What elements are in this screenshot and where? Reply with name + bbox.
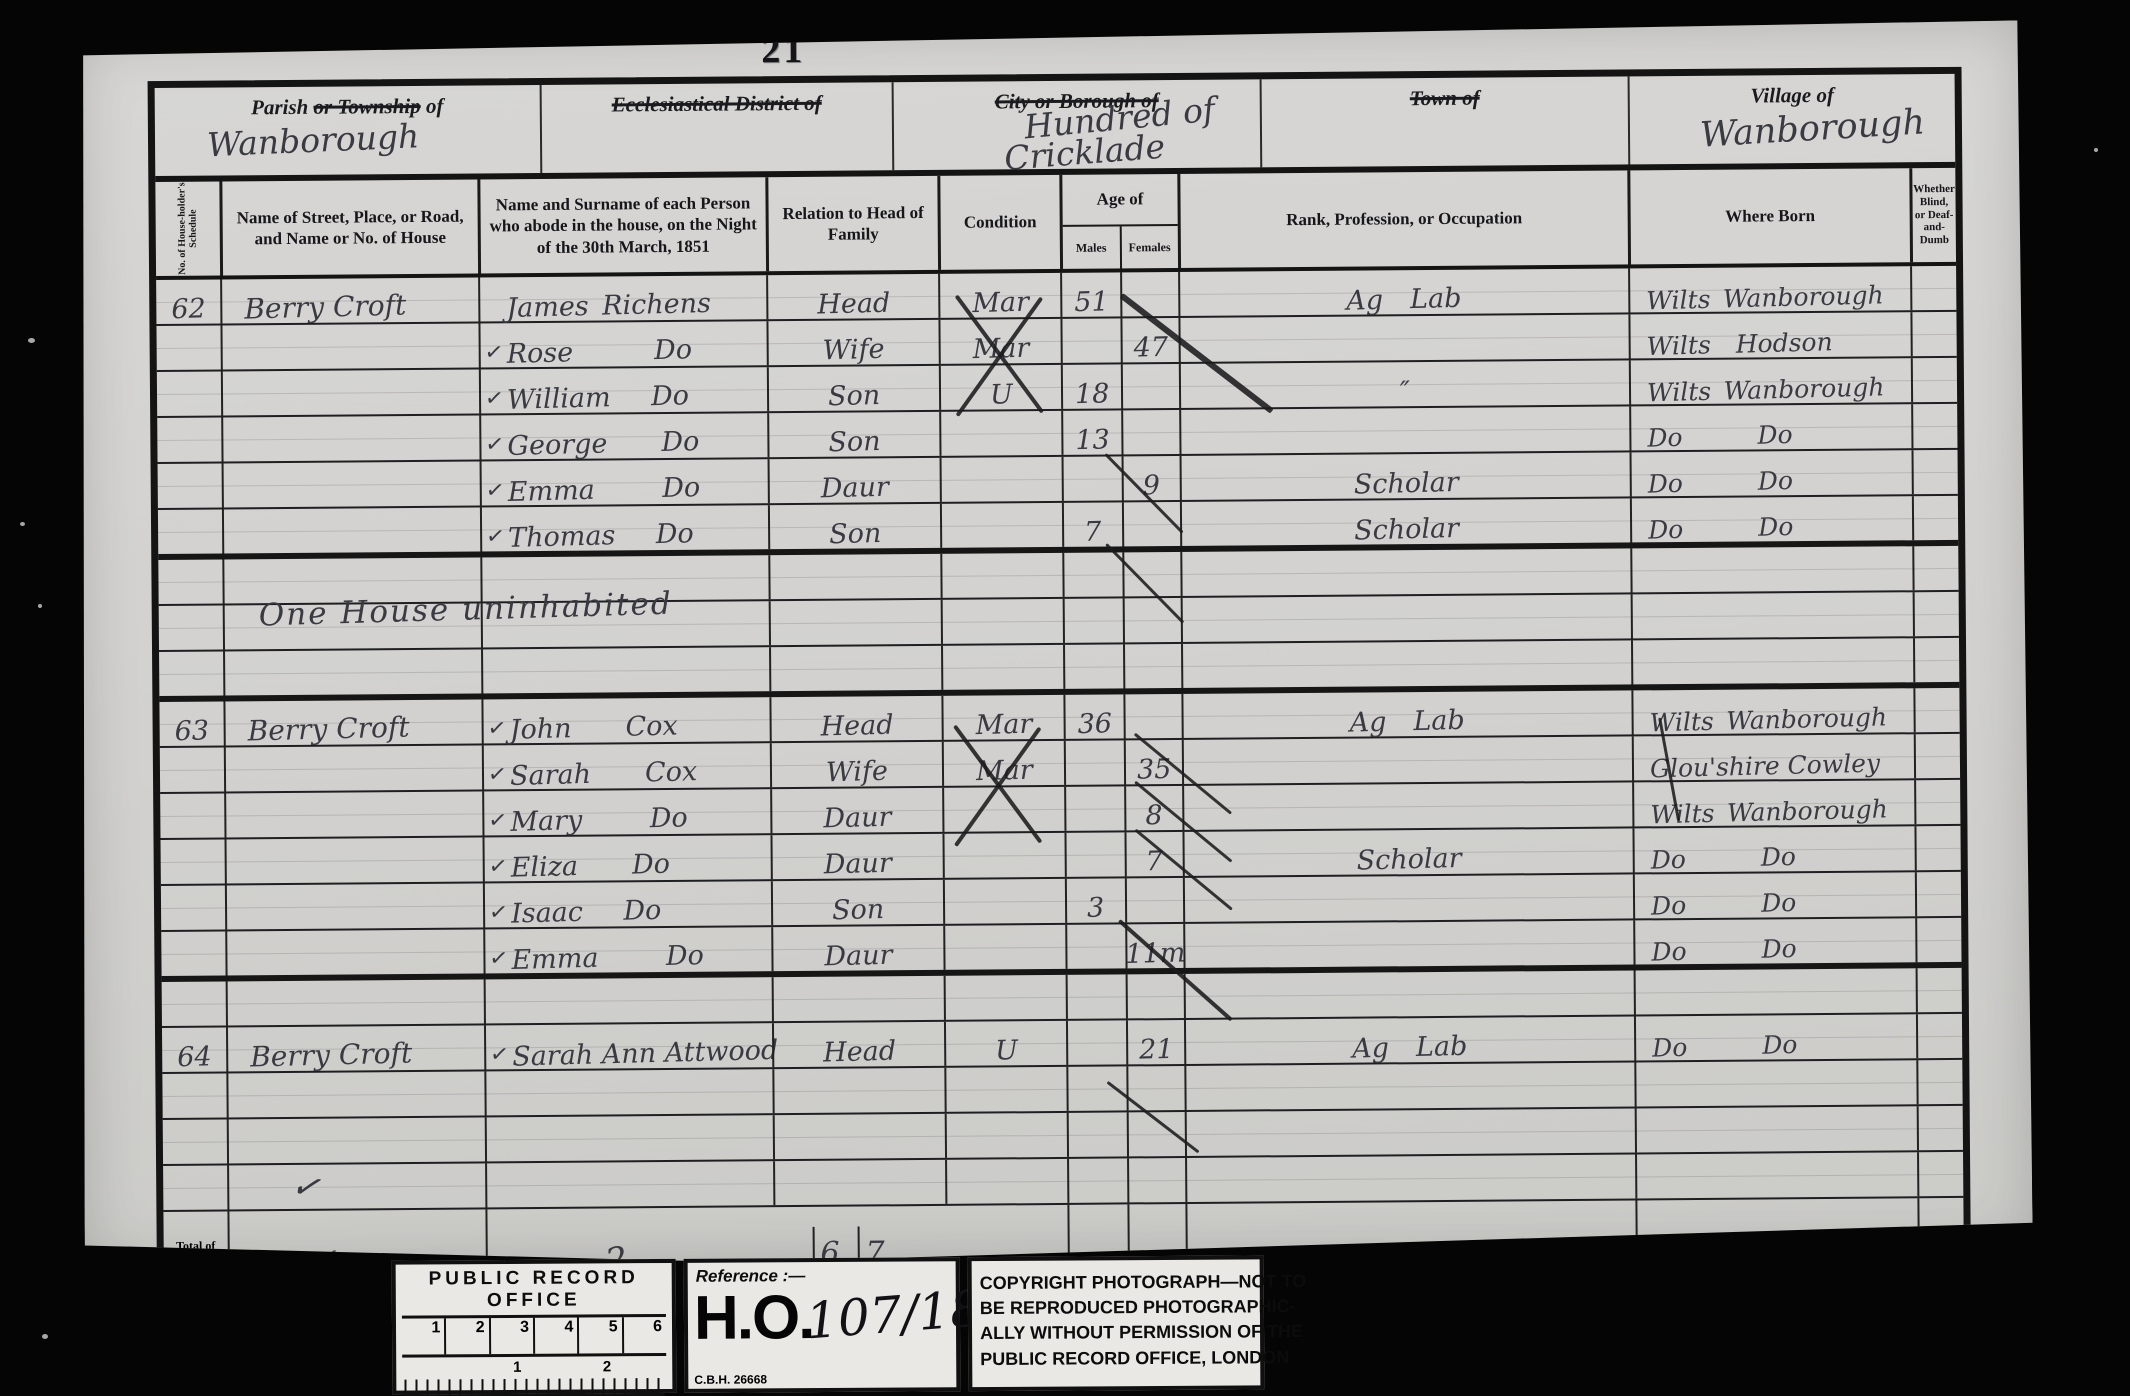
cell-where-born xyxy=(1635,1106,1917,1152)
cell-age-males xyxy=(1063,598,1123,642)
tick-mark: ✓ xyxy=(483,385,505,412)
cell-occupation xyxy=(1183,874,1633,922)
cell-occupation: Ag Lab xyxy=(1181,690,1631,738)
cell-age-females xyxy=(1123,694,1181,738)
cell-age-males xyxy=(1067,1112,1127,1156)
cell-relation: Daur xyxy=(770,834,942,879)
cell-where-born xyxy=(1631,638,1913,684)
cell-age-males xyxy=(1064,832,1124,876)
tick-mark: ✓ xyxy=(484,477,506,504)
cell-age-males: 3 xyxy=(1065,878,1125,922)
cell-street: Berry Croft xyxy=(220,278,478,324)
cell-infirmity xyxy=(1914,734,1960,778)
copyright-line: COPYRIGHT PHOTOGRAPH—NOT TO xyxy=(980,1269,1252,1296)
cell-age-males xyxy=(1064,786,1124,830)
cell-age-males: 51 xyxy=(1060,272,1120,316)
cell-street xyxy=(227,1117,485,1163)
ruler-inch-scale: 1 2 3 4 5 6 xyxy=(402,1314,666,1358)
cell-condition: U xyxy=(939,365,1061,410)
col-header-schedule: No. of House-holder's Schedule xyxy=(155,182,220,276)
cell-age-females xyxy=(1125,878,1183,922)
cell-relation: Daur xyxy=(771,926,943,971)
cell-name xyxy=(484,1069,772,1115)
col-header-street: Name of Street, Place, or Road, and Name… xyxy=(219,180,478,276)
cell-age-females: 7 xyxy=(1124,832,1182,876)
cell-infirmity xyxy=(1914,780,1960,824)
cell-schedule xyxy=(158,510,222,555)
film-speck xyxy=(20,522,25,526)
census-page-scan: 21 Parish or Township of Wanborough Eccl… xyxy=(75,20,2033,1267)
cell-age-males xyxy=(1060,318,1120,362)
cell-street: Berry Croft xyxy=(226,1025,484,1071)
cell-age-males xyxy=(1062,552,1122,596)
cell-schedule xyxy=(162,1074,226,1119)
cell-condition: U xyxy=(944,1021,1066,1066)
cell-where-born: Wilts Wanborough xyxy=(1629,358,1911,404)
col-header-where-born: Where Born xyxy=(1627,168,1910,264)
cell-infirmity xyxy=(1910,266,1956,310)
cell-occupation: Ag Lab xyxy=(1178,268,1628,316)
film-speck xyxy=(38,604,42,608)
tick-mark: ✓ xyxy=(484,431,506,458)
cell-street: Berry Croft xyxy=(223,699,481,745)
total-of-houses-label: Total of Houses xyxy=(163,1212,228,1295)
copyright-notice: COPYRIGHT PHOTOGRAPH—NOT TO BE REPRODUCE… xyxy=(968,1255,1265,1391)
field-town: Town of xyxy=(1260,76,1629,167)
cell-occupation: Ag Lab xyxy=(1184,1016,1634,1064)
cell-where-born xyxy=(1635,1152,1917,1198)
cell-relation: Wife xyxy=(770,742,942,787)
cell-age-females xyxy=(1120,272,1178,316)
locality-header-row: Parish or Township of Wanborough Ecclesi… xyxy=(155,74,1956,182)
col-header-males: Males xyxy=(1063,226,1120,268)
cell-occupation xyxy=(1181,640,1631,688)
cell-age-males xyxy=(1064,740,1124,784)
cell-schedule xyxy=(160,794,224,839)
cell-name: Emma Do✓ xyxy=(483,927,771,973)
cell-occupation xyxy=(1179,406,1629,454)
cell-infirmity xyxy=(1917,1152,1963,1196)
cell-name xyxy=(484,977,772,1023)
cell-schedule xyxy=(159,606,223,651)
cell-name: Sarah Cox✓ xyxy=(482,743,770,789)
cell-relation xyxy=(773,1160,945,1205)
cell-age-females: 8 xyxy=(1124,786,1182,830)
cell-relation xyxy=(772,1068,944,1113)
cell-schedule xyxy=(161,886,225,931)
cell-occupation: Scholar xyxy=(1182,828,1632,876)
totals-born-cell xyxy=(1635,1198,1918,1282)
cell-where-born: Wilts Wanborough xyxy=(1628,266,1910,312)
cell-relation: Son xyxy=(771,880,943,925)
tick-mark: ✓ xyxy=(486,715,508,742)
cell-occupation xyxy=(1183,920,1633,968)
cell-condition xyxy=(945,1159,1067,1204)
cell-infirmity xyxy=(1915,872,1961,916)
cell-name: James Richens xyxy=(478,275,766,321)
cell-schedule xyxy=(158,560,222,605)
cell-street xyxy=(227,1163,485,1209)
cell-age-males: 13 xyxy=(1061,410,1121,454)
cell-infirmity xyxy=(1910,312,1956,356)
field-village: Village of Wanborough xyxy=(1628,74,1956,165)
cell-age-males: 36 xyxy=(1063,694,1123,738)
cell-relation: Daur xyxy=(770,788,942,833)
cell-street xyxy=(220,324,478,370)
reference-department: H.O. xyxy=(694,1290,814,1347)
cell-relation xyxy=(769,646,941,691)
cell-schedule xyxy=(162,982,226,1027)
cell-street xyxy=(224,791,482,837)
pro-title: PUBLIC RECORD OFFICE xyxy=(402,1267,666,1313)
cell-infirmity xyxy=(1912,496,1958,540)
cell-schedule xyxy=(158,464,222,509)
cell-relation: Son xyxy=(767,412,939,457)
cell-schedule xyxy=(157,418,221,463)
field-parish: Parish or Township of Wanborough xyxy=(155,85,541,176)
cell-street xyxy=(224,745,482,791)
cell-occupation xyxy=(1185,1154,1635,1202)
cell-relation: Daur xyxy=(768,458,940,503)
cell-where-born: Do Do xyxy=(1630,450,1912,496)
cell-street xyxy=(221,416,479,462)
cell-age-males xyxy=(1065,924,1125,968)
cell-schedule xyxy=(161,932,225,977)
cell-occupation xyxy=(1182,736,1632,784)
cell-relation xyxy=(769,600,941,645)
film-speck xyxy=(42,1334,48,1339)
cell-infirmity xyxy=(1913,688,1959,732)
col-header-females: Females xyxy=(1119,226,1178,268)
tick-mark: ✓ xyxy=(483,339,505,366)
cell-name: Rose Do✓ xyxy=(478,321,766,367)
cell-age-females: 21 xyxy=(1126,1020,1184,1064)
cell-infirmity xyxy=(1915,918,1961,962)
cell-age-females xyxy=(1121,410,1179,454)
houses-inhabited-value: 3 xyxy=(252,1246,286,1283)
cell-age-males: 18 xyxy=(1061,364,1121,408)
cell-age-females xyxy=(1123,598,1181,642)
page-number: 21 xyxy=(761,28,805,72)
cell-relation xyxy=(772,976,944,1021)
cell-name: Eliza Do✓ xyxy=(483,835,771,881)
cell-age-males xyxy=(1066,974,1126,1018)
field-ecclesiastical-district: Ecclesiastical District of xyxy=(540,82,893,173)
cell-occupation: Scholar xyxy=(1180,498,1630,546)
cell-occupation: ″ xyxy=(1179,360,1629,408)
cell-occupation xyxy=(1178,314,1628,362)
cell-street xyxy=(225,883,483,929)
tick-mark: ✓ xyxy=(489,1041,511,1068)
cell-name xyxy=(485,1161,773,1207)
census-rows: 62Berry CroftJames RichensHeadMar51Ag La… xyxy=(156,266,1963,1212)
cell-street xyxy=(222,508,480,554)
cell-infirmity xyxy=(1912,450,1958,494)
totals-infirmity-cell xyxy=(1917,1198,1964,1280)
cell-infirmity xyxy=(1913,638,1959,682)
cell-schedule: 63 xyxy=(159,702,223,747)
cell-schedule xyxy=(160,748,224,793)
cell-infirmity xyxy=(1916,1014,1962,1058)
tick-mark: ✓ xyxy=(487,807,509,834)
cell-where-born xyxy=(1630,546,1912,592)
cell-condition xyxy=(940,553,1062,598)
houses-uninhabited-value: 1 xyxy=(315,1246,349,1283)
cell-where-born: Do Do xyxy=(1632,826,1914,872)
cell-condition xyxy=(944,975,1066,1020)
cell-schedule xyxy=(159,652,223,697)
cell-relation xyxy=(768,554,940,599)
col-header-name: Name and Surname of each Person who abod… xyxy=(477,177,766,273)
cell-name: Sarah Ann Attwood✓ xyxy=(484,1023,772,1069)
cell-relation: Wife xyxy=(766,320,938,365)
cell-occupation xyxy=(1184,970,1634,1018)
cell-relation xyxy=(773,1114,945,1159)
cell-condition xyxy=(943,879,1065,924)
cell-relation: Son xyxy=(768,504,940,549)
cell-condition xyxy=(940,503,1062,548)
cell-street xyxy=(226,1071,484,1117)
cell-schedule xyxy=(163,1166,227,1211)
ruler-ticks xyxy=(404,1378,664,1396)
cell-name: William Do✓ xyxy=(479,367,767,413)
cell-condition xyxy=(939,411,1061,456)
cell-condition xyxy=(941,645,1063,690)
cell-infirmity xyxy=(1916,968,1962,1012)
col-header-infirmity: Whether Blind, or Deaf-and-Dumb xyxy=(1909,168,1956,262)
cell-name xyxy=(485,1115,773,1161)
cell-schedule xyxy=(156,326,220,371)
col-header-occupation: Rank, Profession, or Occupation xyxy=(1177,170,1628,268)
cell-where-born: Glou'shire Cowley xyxy=(1632,734,1914,780)
cell-street xyxy=(223,650,481,696)
cell-infirmity xyxy=(1914,826,1960,870)
public-record-office-stamp: PUBLIC RECORD OFFICE 1 2 3 4 5 6 1 2 xyxy=(392,1259,677,1395)
cell-where-born: Wilts Hodson xyxy=(1628,312,1910,358)
cell-name: Mary Do✓ xyxy=(482,789,770,835)
parish-value: Wanborough xyxy=(206,116,420,164)
village-value: Wanborough xyxy=(1699,102,1926,155)
col-header-age: Age of Males Females xyxy=(1059,174,1178,269)
cell-occupation xyxy=(1185,1108,1635,1156)
cell-condition xyxy=(941,599,1063,644)
cell-where-born: Do Do xyxy=(1634,1014,1916,1060)
cell-infirmity xyxy=(1911,404,1957,448)
cell-street xyxy=(225,929,483,975)
cell-where-born xyxy=(1631,592,1913,638)
col-header-condition: Condition xyxy=(937,175,1060,270)
cell-name: Emma Do✓ xyxy=(480,459,768,505)
cell-name: Isaac Do✓ xyxy=(483,881,771,927)
cell-schedule: 62 xyxy=(156,280,220,325)
cell-age-females xyxy=(1121,364,1179,408)
cell-street xyxy=(225,837,483,883)
reference-stamp: Reference :— H.O. 107/1833 C.B.H. 26668 xyxy=(684,1257,961,1393)
cell-infirmity xyxy=(1913,592,1959,636)
cell-condition xyxy=(944,1067,1066,1112)
tick-mark: ✓ xyxy=(485,523,507,550)
copyright-line: ALLY WITHOUT PERMISSION OF THE xyxy=(980,1320,1252,1347)
cell-relation: Son xyxy=(767,366,939,411)
cell-infirmity xyxy=(1917,1106,1963,1150)
cell-age-males xyxy=(1063,644,1123,688)
tick-mark: ✓ xyxy=(488,899,510,926)
census-form-table: Parish or Township of Wanborough Ecclesi… xyxy=(148,67,1972,1301)
cell-where-born xyxy=(1634,1060,1916,1106)
cell-schedule: 64 xyxy=(162,1028,226,1073)
cell-condition xyxy=(945,1113,1067,1158)
cell-relation: Head xyxy=(766,274,938,319)
cell-age-males xyxy=(1066,1020,1126,1064)
cell-name xyxy=(481,647,769,693)
cell-schedule xyxy=(163,1120,227,1165)
cell-age-males: 7 xyxy=(1062,502,1122,546)
cell-street xyxy=(226,979,484,1025)
cell-infirmity xyxy=(1911,358,1957,402)
film-speck xyxy=(28,338,35,343)
cell-occupation xyxy=(1180,548,1630,596)
ruler-cm-scale: 1 2 xyxy=(402,1358,666,1396)
col-header-relation: Relation to Head of Family xyxy=(765,176,938,271)
cell-age-males xyxy=(1067,1158,1127,1202)
cell-name: George Do✓ xyxy=(479,413,767,459)
reference-code: C.B.H. 26668 xyxy=(694,1372,767,1386)
tick-mark: ✓ xyxy=(486,761,508,788)
copyright-line: BE REPRODUCED PHOTOGRAPHIC- xyxy=(980,1295,1252,1322)
film-speck xyxy=(2094,148,2098,152)
cell-relation: Head xyxy=(772,1022,944,1067)
cell-occupation xyxy=(1182,782,1632,830)
cell-where-born: Do Do xyxy=(1633,872,1915,918)
cell-infirmity xyxy=(1916,1060,1962,1104)
cell-infirmity xyxy=(1912,546,1958,590)
cell-schedule xyxy=(157,372,221,417)
cell-where-born: Do Do xyxy=(1630,496,1912,542)
cell-occupation xyxy=(1181,594,1631,642)
cell-age-females xyxy=(1126,974,1184,1018)
cell-where-born: Do Do xyxy=(1633,918,1915,964)
field-city-or-borough: City or Borough of Hundred of Cricklade xyxy=(892,79,1261,170)
tick-mark: ✓ xyxy=(488,945,510,972)
cell-occupation xyxy=(1184,1062,1634,1110)
cell-age-females xyxy=(1127,1158,1185,1202)
cell-relation: Head xyxy=(769,696,941,741)
cell-name: John Cox✓ xyxy=(481,697,769,743)
cell-where-born: Do Do xyxy=(1629,404,1911,450)
cell-condition xyxy=(940,457,1062,502)
copyright-line: PUBLIC RECORD OFFICE, LONDON xyxy=(980,1345,1252,1372)
cell-occupation: Scholar xyxy=(1180,452,1630,500)
cell-schedule xyxy=(161,840,225,885)
cell-street xyxy=(222,462,480,508)
cell-age-females: 47 xyxy=(1120,318,1178,362)
column-header-row: No. of House-holder's Schedule Name of S… xyxy=(155,168,1956,280)
cell-name: Thomas Do✓ xyxy=(480,505,768,551)
cell-where-born: Wilts Wanborough xyxy=(1631,688,1913,734)
cell-street xyxy=(221,370,479,416)
cell-age-females xyxy=(1123,644,1181,688)
cell-where-born xyxy=(1634,968,1916,1014)
stamp-strip: PUBLIC RECORD OFFICE 1 2 3 4 5 6 1 2 Ref… xyxy=(392,1255,1265,1394)
tick-mark: ✓ xyxy=(487,853,509,880)
cell-condition xyxy=(943,925,1065,970)
